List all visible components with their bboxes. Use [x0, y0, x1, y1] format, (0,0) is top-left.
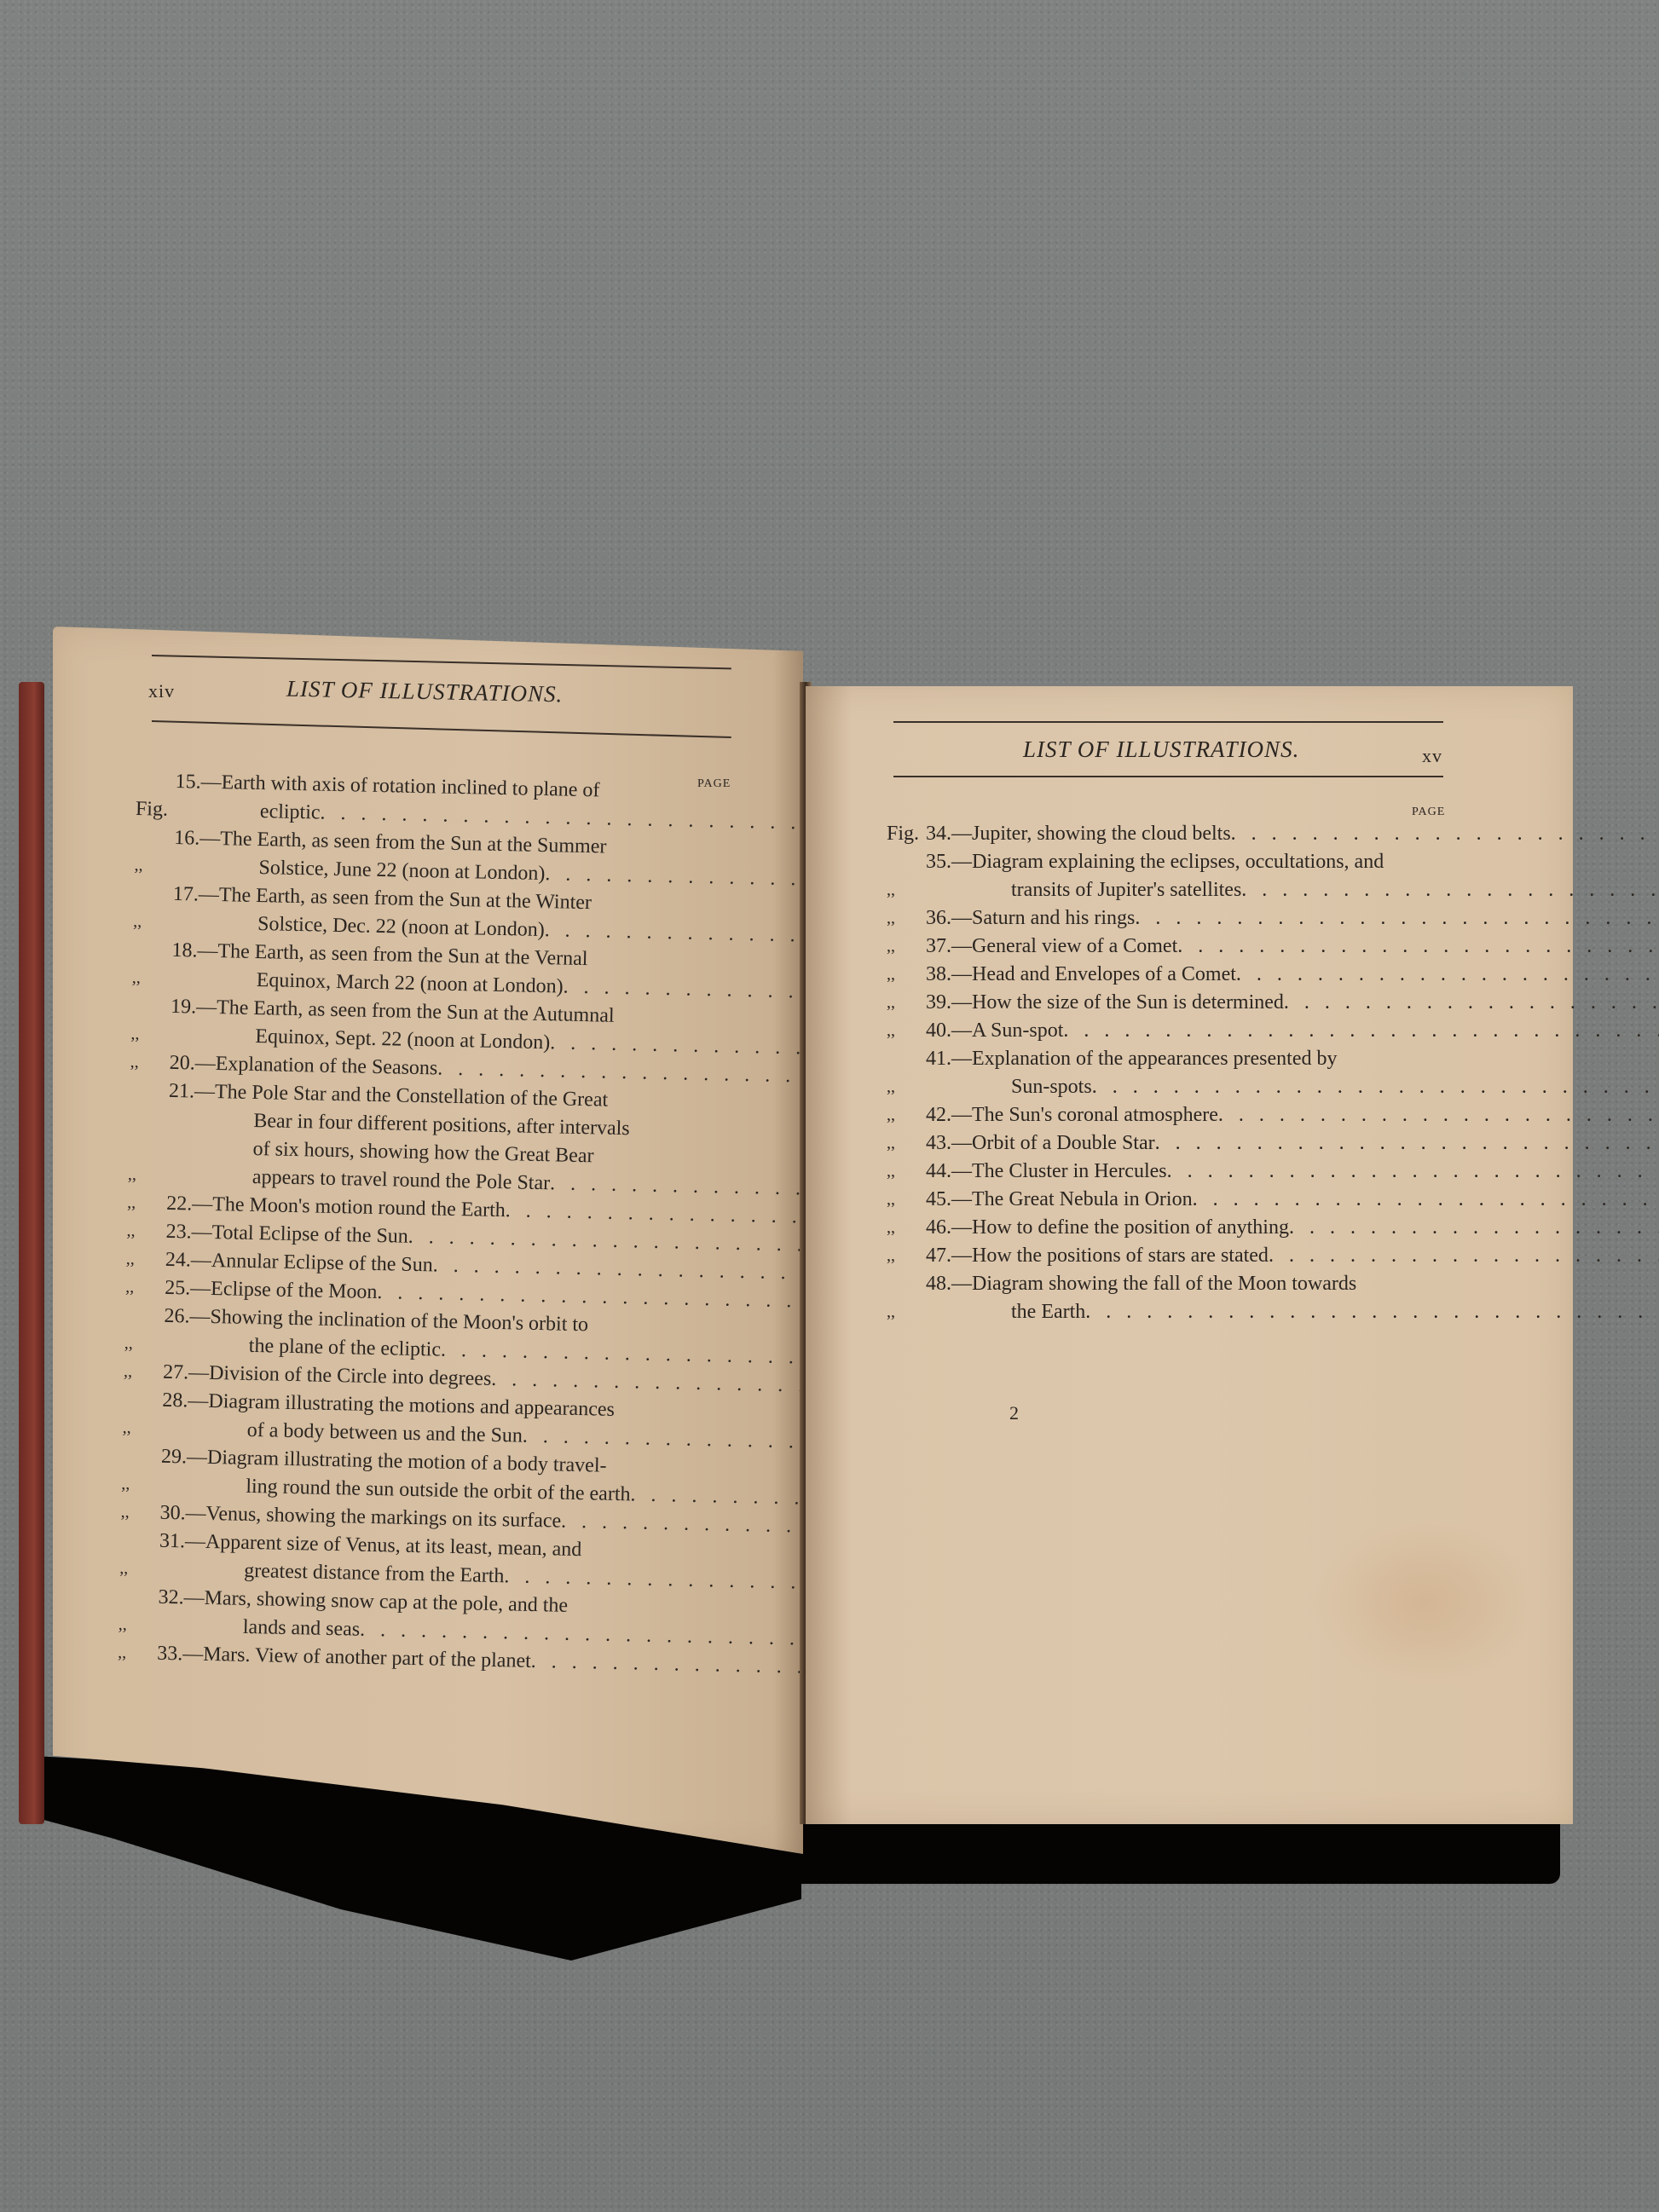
fig-prefix: ,,	[127, 1189, 167, 1218]
illustration-title: 44.—The Cluster in Hercules	[926, 1158, 1659, 1186]
fig-prefix: ,,	[124, 1330, 164, 1359]
fig-prefix: ,,	[124, 1358, 164, 1387]
dot-leader	[1155, 1129, 1659, 1158]
illustration-title-line: the plane of the ecliptic	[248, 1332, 441, 1365]
fig-prefix: ,,	[119, 1555, 159, 1584]
header-rule-top-right	[893, 721, 1443, 723]
fig-prefix: ,,	[887, 1101, 926, 1129]
illustration-title-line: lands and seas	[243, 1614, 361, 1644]
dot-leader	[1231, 820, 1659, 848]
illustration-entry: ,, 48.—Diagram showing the fall of the M…	[887, 1270, 1466, 1326]
dot-leader	[1236, 961, 1659, 989]
fig-prefix: ,,	[130, 1048, 170, 1077]
fig-prefix: ,,	[122, 1414, 162, 1443]
illustration-title: 41.—Explanation of the appearances prese…	[926, 1045, 1659, 1101]
illustration-title-line: 41.—Explanation of the appearances prese…	[926, 1045, 1659, 1073]
illustration-entry: ,, 46.—How to define the position of any…	[887, 1214, 1466, 1242]
illustration-title-line: 25.—Eclipse of the Moon	[165, 1274, 378, 1307]
page-number-left: xiv	[148, 680, 175, 702]
illustration-title-line: Sun-spots	[1011, 1073, 1092, 1101]
illustration-title-line: 42.—The Sun's coronal atmosphere	[926, 1101, 1218, 1129]
illustration-entry: Fig. 34.—Jupiter, showing the cloud belt…	[887, 820, 1466, 848]
illustration-title: 38.—Head and Envelopes of a Comet	[926, 961, 1659, 989]
dot-leader	[1284, 989, 1659, 1017]
illustration-title-line: 47.—How the positions of stars are state…	[926, 1242, 1269, 1270]
dot-leader	[1289, 1214, 1659, 1242]
dot-leader	[1167, 1158, 1659, 1186]
illustration-entry: ,, 37.—General view of a Comet 77	[887, 933, 1466, 961]
water-stain	[1313, 1517, 1535, 1688]
illustration-title-line: 35.—Diagram explaining the eclipses, occ…	[926, 848, 1659, 876]
fig-prefix: ,,	[131, 964, 171, 993]
fig-prefix: ,,	[120, 1499, 160, 1528]
page-column-label-right: PAGE	[1412, 806, 1445, 819]
dot-leader	[1092, 1073, 1659, 1101]
dot-leader	[1085, 1298, 1659, 1326]
illustration-entry: ,, 38.—Head and Envelopes of a Comet 79	[887, 961, 1466, 989]
illustration-title: 40.—A Sun-spot	[926, 1017, 1659, 1045]
illustration-entry: ,, 45.—The Great Nebula in Orion 99	[887, 1186, 1466, 1214]
fig-prefix: ,,	[887, 1073, 926, 1101]
illustration-title-line: 48.—Diagram showing the fall of the Moon…	[926, 1270, 1659, 1298]
dot-leader	[1193, 1186, 1659, 1214]
fig-prefix: ,,	[887, 1017, 926, 1045]
illustration-title: 34.—Jupiter, showing the cloud belts	[926, 820, 1659, 848]
fig-prefix: ,,	[126, 1245, 166, 1274]
fig-prefix: ,,	[128, 1161, 168, 1190]
illustration-title: 43.—Orbit of a Double Star	[926, 1129, 1659, 1158]
illustration-title-line: 39.—How the size of the Sun is determine…	[926, 989, 1284, 1017]
illustration-entry: ,, 40.—A Sun-spot 85	[887, 1017, 1466, 1045]
illustration-title: 42.—The Sun's coronal atmosphere	[926, 1101, 1659, 1129]
illustration-title-line: 40.—A Sun-spot	[926, 1017, 1063, 1045]
illustration-title: 37.—General view of a Comet	[926, 933, 1659, 961]
illustration-title-line: 44.—The Cluster in Hercules	[926, 1158, 1167, 1186]
fig-prefix: ,,	[126, 1217, 166, 1246]
illustration-title: 45.—The Great Nebula in Orion	[926, 1186, 1659, 1214]
illustration-title-line: ecliptic	[260, 798, 321, 827]
illustration-title: 48.—Diagram showing the fall of the Moon…	[926, 1270, 1659, 1326]
book-cover-edge	[19, 682, 44, 1824]
illustration-title-line: the Earth	[1011, 1298, 1085, 1326]
fig-prefix: ,,	[887, 1158, 926, 1186]
dot-leader	[1063, 1017, 1659, 1045]
fig-prefix: Fig.	[136, 795, 176, 824]
illustration-title-line: 37.—General view of a Comet	[926, 933, 1177, 961]
illustration-list-left: Fig. 15.—Earth with axis of rotation inc…	[118, 767, 699, 1679]
fig-prefix: ,,	[887, 1298, 926, 1326]
fig-prefix: ,,	[887, 876, 926, 904]
header-rule-bottom-right	[893, 776, 1443, 777]
illustration-title: 47.—How the positions of stars are state…	[926, 1242, 1659, 1270]
fig-prefix: ,,	[133, 908, 173, 937]
illustration-entry: ,, 44.—The Cluster in Hercules 98	[887, 1158, 1466, 1186]
illustration-title-line: 43.—Orbit of a Double Star	[926, 1129, 1155, 1158]
illustration-title-line: 45.—The Great Nebula in Orion	[926, 1186, 1193, 1214]
illustration-title: 36.—Saturn and his rings	[926, 904, 1659, 933]
illustration-title-line: 34.—Jupiter, showing the cloud belts	[926, 820, 1231, 848]
illustration-entry: ,, 43.—Orbit of a Double Star 97	[887, 1129, 1466, 1158]
illustration-title: 46.—How to define the position of anythi…	[926, 1214, 1659, 1242]
fig-prefix: ,,	[887, 904, 926, 933]
fig-prefix: ,,	[887, 961, 926, 989]
fig-prefix: ,,	[887, 1129, 926, 1158]
illustration-title-line: 38.—Head and Envelopes of a Comet	[926, 961, 1236, 989]
illustration-title-line: transits of Jupiter's satellites	[1011, 876, 1241, 904]
fig-prefix: ,,	[118, 1611, 159, 1640]
illustration-entry: ,, 39.—How the size of the Sun is determ…	[887, 989, 1466, 1017]
illustration-entry: ,, 36.—Saturn and his rings 74	[887, 904, 1466, 933]
signature-mark: 2	[1009, 1402, 1019, 1424]
fig-prefix: ,,	[887, 1242, 926, 1270]
running-head-right: LIST OF ILLUSTRATIONS.	[1023, 736, 1299, 763]
fig-prefix: ,,	[887, 1214, 926, 1242]
fig-prefix: ,,	[125, 1273, 165, 1302]
illustration-entry: ,, 35.—Diagram explaining the eclipses, …	[887, 848, 1466, 904]
dot-leader	[1269, 1242, 1659, 1270]
illustration-entry: ,, 21.—The Pole Star and the Constellati…	[128, 1077, 693, 1201]
illustration-title: 39.—How the size of the Sun is determine…	[926, 989, 1659, 1017]
page-number-right: xv	[1422, 745, 1442, 767]
fig-prefix: ,,	[118, 1639, 158, 1668]
illustration-title: 35.—Diagram explaining the eclipses, occ…	[926, 848, 1659, 904]
fig-prefix: ,,	[134, 852, 174, 881]
illustration-list-right: Fig. 34.—Jupiter, showing the cloud belt…	[887, 820, 1466, 1326]
dot-leader	[1241, 876, 1659, 904]
fig-prefix: ,,	[121, 1470, 161, 1499]
fig-prefix: Fig.	[887, 820, 926, 848]
illustration-entry: ,, 42.—The Sun's coronal atmosphere 87	[887, 1101, 1466, 1129]
illustration-entry: ,, 47.—How the positions of stars are st…	[887, 1242, 1466, 1270]
dot-leader	[1177, 933, 1659, 961]
illustration-title-line: 36.—Saturn and his rings	[926, 904, 1135, 933]
fig-prefix: ,,	[887, 933, 926, 961]
fig-prefix: ,,	[887, 1186, 926, 1214]
dot-leader	[1218, 1101, 1659, 1129]
fig-prefix: ,,	[130, 1020, 171, 1049]
illustration-title-line: 46.—How to define the position of anythi…	[926, 1214, 1289, 1242]
fig-prefix: ,,	[887, 989, 926, 1017]
illustration-entry: ,, 41.—Explanation of the appearances pr…	[887, 1045, 1466, 1101]
dot-leader	[1135, 904, 1659, 933]
